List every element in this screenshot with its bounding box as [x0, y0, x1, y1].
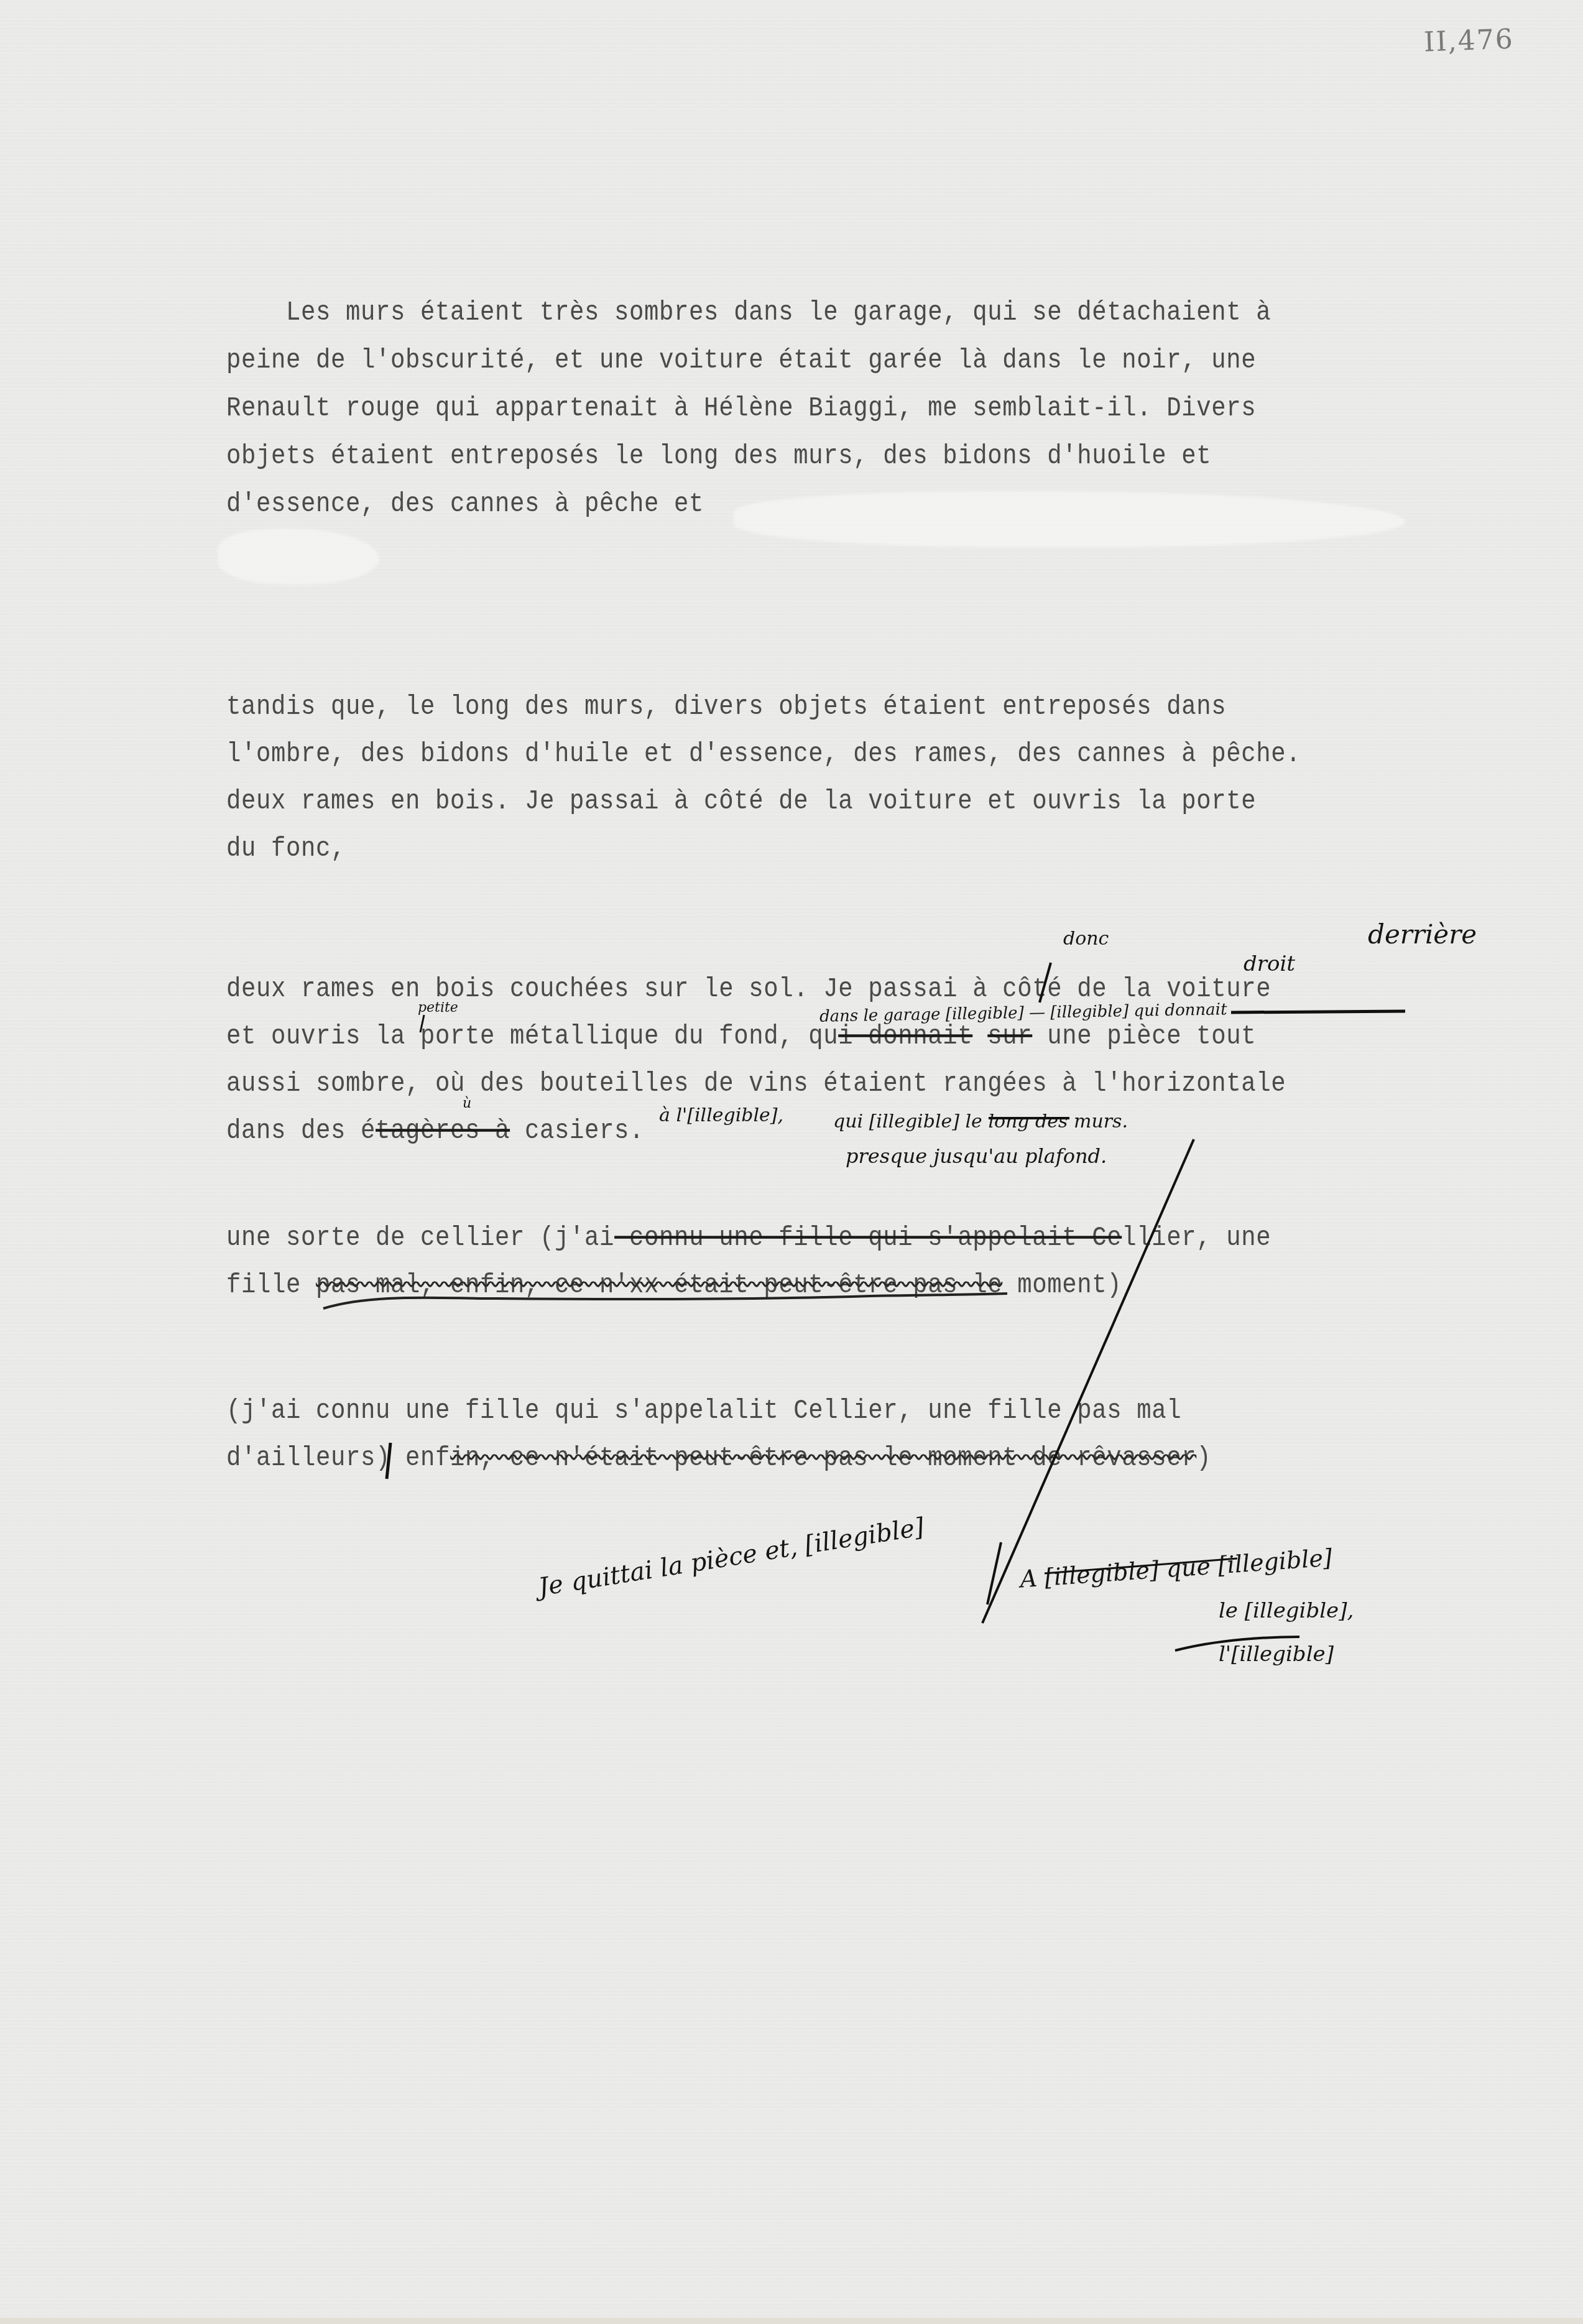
typed-text: fille — [226, 1270, 316, 1300]
typed-line: une sorte de cellier (j'ai connu une fil… — [226, 1223, 1271, 1253]
typed-text: moment) — [1002, 1270, 1122, 1300]
typed-text: ) — [1196, 1443, 1211, 1473]
typed-line: fille pas mal, enfin, ce n'xx était peut… — [226, 1270, 1122, 1300]
typed-text: d'ailleurs) enf — [226, 1443, 450, 1473]
typed-text: une sorte de cellier (j'ai — [226, 1223, 614, 1253]
typed-line: d'ailleurs) enfin, ce n'était peut-être … — [226, 1443, 1211, 1473]
struck-text: i donnait — [838, 1021, 972, 1052]
handwritten-note: presque jusqu'au plafond. — [846, 1144, 1107, 1168]
typed-line: et ouvris la porte métallique du fond, q… — [226, 1021, 1256, 1052]
typed-text — [972, 1021, 987, 1052]
handwritten-note: A [illegible] que [illegible] — [1019, 1544, 1333, 1593]
struck-text: in, ce n'était peut-être pas le moment d… — [450, 1443, 1196, 1473]
typed-text: casiers. — [510, 1116, 644, 1146]
struck-text: connu une fille qui s'appelait Ce — [614, 1223, 1122, 1253]
struck-text: tagères à — [376, 1116, 510, 1146]
typed-line: dans des étagères à casiers. — [226, 1116, 644, 1146]
typed-line: l'ombre, des bidons d'huile et d'essence… — [226, 739, 1301, 769]
handwritten-note: Je quittai la pièce et, [illegible] — [537, 1512, 926, 1602]
handwritten-note: droit — [1244, 951, 1295, 976]
typed-line: tandis que, le long des murs, divers obj… — [226, 692, 1226, 722]
manuscript-page: II,476 Les murs étaient très sombres dan… — [0, 0, 1583, 2324]
handwritten-note: petite — [418, 1000, 458, 1016]
handwritten-note: à l'[illegible], — [659, 1104, 783, 1126]
handwritten-note: donc — [1063, 928, 1109, 950]
typed-line: d'essence, des cannes à pêche et — [226, 489, 704, 519]
typed-line: du fonc, — [226, 833, 346, 864]
typed-text: et ouvris la porte métallique du fond, q… — [226, 1021, 838, 1052]
paper-edge — [0, 2318, 1583, 2324]
handwritten-note: ù — [463, 1096, 471, 1111]
handwritten-note: qui [illegible] le long des murs. — [833, 1111, 1128, 1132]
typed-line: deux rames en bois. Je passai à côté de … — [226, 786, 1256, 817]
folio-number: II,476 — [1423, 23, 1514, 58]
typed-line: objets étaient entreposés le long des mu… — [226, 441, 1211, 471]
typed-line: aussi sombre, où des bouteilles de vins … — [226, 1068, 1286, 1099]
typed-line: Renault rouge qui appartenait à Hélène B… — [226, 393, 1256, 424]
handwritten-note: derrière — [1368, 919, 1477, 950]
handwritten-note: l'[illegible] — [1219, 1642, 1334, 1667]
typed-text: llier, une — [1122, 1223, 1271, 1253]
typed-line: peine de l'obscurité, et une voiture éta… — [226, 345, 1256, 376]
typed-line: Les murs étaient très sombres dans le ga… — [226, 297, 1271, 328]
struck-text: sur — [987, 1021, 1032, 1052]
typed-text: dans des é — [226, 1116, 376, 1146]
typed-line: deux rames en bois couchées sur le sol. … — [226, 974, 1271, 1004]
correction-fluid-patch — [218, 529, 379, 585]
handwritten-note: le [illegible], — [1219, 1598, 1354, 1623]
typed-line: (j'ai connu une fille qui s'appelalit Ce… — [226, 1396, 1181, 1426]
typed-text: une pièce tout — [1032, 1021, 1256, 1052]
correction-fluid-patch — [734, 491, 1405, 547]
struck-text: pas mal, enfin, ce n'xx était peut-être … — [316, 1270, 1002, 1300]
